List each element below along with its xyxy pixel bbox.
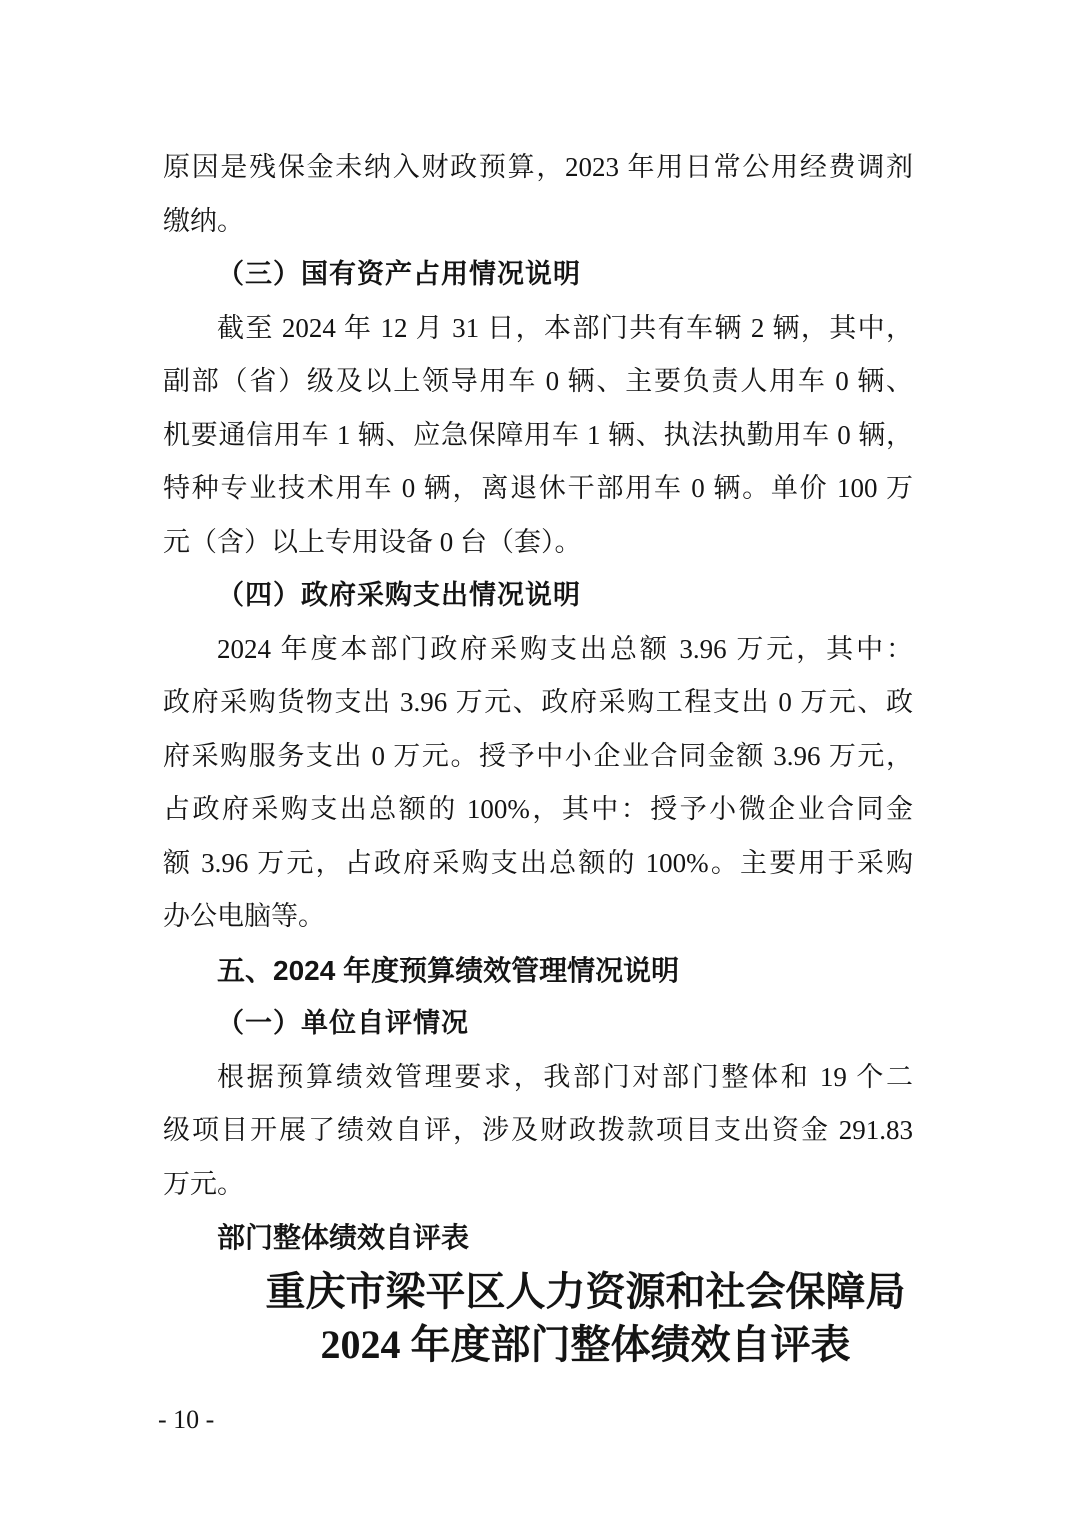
paragraph-line: 2024 年度本部门政府采购支出总额 3.96 万元，其中： <box>163 623 913 677</box>
paragraph-line: 根据预算绩效管理要求，我部门对部门整体和 19 个二 <box>163 1051 913 1105</box>
table-caption: 部门整体绩效自评表 <box>163 1211 913 1265</box>
paragraph-line: 缴纳。 <box>163 195 913 249</box>
paragraph-line: 府采购服务支出 0 万元。授予中小企业合同金额 3.96 万元， <box>163 730 913 784</box>
page-number: - 10 - <box>158 1400 214 1440</box>
section-heading-performance: 五、2024 年度预算绩效管理情况说明 <box>163 944 913 998</box>
section-heading-selfeval: （一）单位自评情况 <box>163 997 913 1051</box>
paragraph-line: 万元。 <box>163 1158 913 1212</box>
paragraph-line: 政府采购货物支出 3.96 万元、政府采购工程支出 0 万元、政 <box>163 676 913 730</box>
section-heading-procurement: （四）政府采购支出情况说明 <box>163 569 913 623</box>
section-heading-assets: （三）国有资产占用情况说明 <box>163 248 913 302</box>
paragraph-line: 副部（省）级及以上领导用车 0 辆、主要负责人用车 0 辆、 <box>163 355 913 409</box>
table-title-line-1: 重庆市梁平区人力资源和社会保障局 <box>163 1265 913 1319</box>
paragraph-line: 办公电脑等。 <box>163 890 913 944</box>
paragraph-line: 特种专业技术用车 0 辆，离退休干部用车 0 辆。单价 100 万 <box>163 462 913 516</box>
paragraph-line: 截至 2024 年 12 月 31 日，本部门共有车辆 2 辆，其中， <box>163 302 913 356</box>
paragraph-line: 级项目开展了绩效自评，涉及财政拨款项目支出资金 291.83 <box>163 1104 913 1158</box>
paragraph-line: 占政府采购支出总额的 100%，其中：授予小微企业合同金 <box>163 783 913 837</box>
paragraph-line: 机要通信用车 1 辆、应急保障用车 1 辆、执法执勤用车 0 辆， <box>163 409 913 463</box>
paragraph-line: 额 3.96 万元，占政府采购支出总额的 100%。主要用于采购 <box>163 837 913 891</box>
document-page: 原因是残保金未纳入财政预算，2023 年用日常公用经费调剂 缴纳。 （三）国有资… <box>0 0 1075 1520</box>
paragraph-line: 原因是残保金未纳入财政预算，2023 年用日常公用经费调剂 <box>163 141 913 195</box>
document-body: 原因是残保金未纳入财政预算，2023 年用日常公用经费调剂 缴纳。 （三）国有资… <box>163 141 913 1372</box>
paragraph-line: 元（含）以上专用设备 0 台（套）。 <box>163 516 913 570</box>
table-title-line-2: 2024 年度部门整体绩效自评表 <box>163 1318 913 1372</box>
